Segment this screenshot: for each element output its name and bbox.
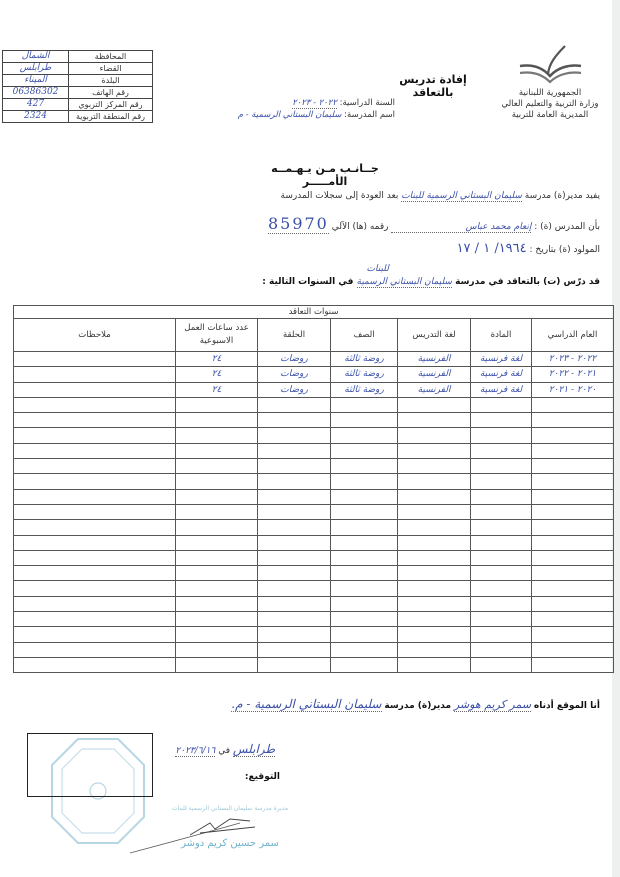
cell-subject (471, 535, 532, 550)
table-row: ٢٠٢٠ - ٢٠٢١لغة فرنسيةالفرنسيةروضة ثالثةر… (14, 382, 614, 397)
table-row (14, 459, 614, 474)
cell-school-year (532, 612, 614, 627)
info-label: المحافظة (69, 51, 153, 63)
cell-school-year (532, 504, 614, 519)
cell-notes (14, 581, 176, 596)
cell-cycle (258, 581, 331, 596)
cell-weekly-hours (176, 520, 258, 535)
cell-teaching-language (398, 550, 471, 565)
info-label: البلدة (69, 75, 153, 87)
location-info-table: الشمال المحافظة طرابلس القضاء الميناء ال… (2, 50, 153, 123)
col-subject: المادة (471, 319, 532, 352)
info-label: رقم الهاتف (69, 87, 153, 99)
organization-header: الجمهورية اللبنانية وزارة التربية والتعل… (496, 88, 604, 121)
cell-teaching-language (398, 520, 471, 535)
cell-subject: لغة فرنسية (471, 352, 532, 367)
cell-notes (14, 459, 176, 474)
table-row (14, 581, 614, 596)
signer-statement: أنا الموقع أدناه سمر كريم هوشر مدير(ة) م… (130, 697, 600, 712)
cell-school-year (532, 642, 614, 657)
cell-class (331, 489, 398, 504)
cell-weekly-hours (176, 443, 258, 458)
table-row (14, 642, 614, 657)
ministry-book-logo-icon (515, 44, 585, 86)
cell-cycle (258, 459, 331, 474)
cell-cycle (258, 520, 331, 535)
cell-weekly-hours (176, 657, 258, 672)
cell-subject (471, 657, 532, 672)
cell-cycle: روضات (258, 367, 331, 382)
line4-suffix: في السنوات التالية : (262, 277, 353, 287)
school-name-value: سليمان البستاني الرسمية - م (238, 110, 342, 120)
cell-teaching-language: الفرنسية (398, 352, 471, 367)
cell-teaching-language (398, 535, 471, 550)
cell-notes (14, 489, 176, 504)
line1-suffix: بعد العودة إلى سجلات المدرسة (281, 191, 399, 201)
cell-notes (14, 382, 176, 397)
cell-class (331, 642, 398, 657)
teacher-name: إنعام محمد عباس (391, 222, 531, 233)
line1-prefix: يفيد مدير(ة) مدرسة (525, 191, 600, 201)
cell-subject (471, 428, 532, 443)
cell-notes (14, 428, 176, 443)
cell-class (331, 474, 398, 489)
cell-cycle (258, 504, 331, 519)
cell-teaching-language: الفرنسية (398, 367, 471, 382)
cell-cycle (258, 474, 331, 489)
cell-subject (471, 474, 532, 489)
cell-notes (14, 443, 176, 458)
stamp-frame (27, 733, 153, 797)
cell-weekly-hours: ٢٤ (176, 382, 258, 397)
info-row-district: طرابلس القضاء (3, 63, 153, 75)
line2-prefix: بأن المدرس (ة) : (534, 222, 600, 232)
statement-line-4: قد درّس (ت) بالتعاقد في مدرسة سليمان الب… (210, 277, 600, 288)
org-ministry: وزارة التربية والتعليم العالي (496, 99, 604, 110)
col-class: الصف (331, 319, 398, 352)
cell-subject (471, 627, 532, 642)
table-row (14, 504, 614, 519)
cell-notes (14, 627, 176, 642)
line2-number-label: رقمه (ها) الآلي (332, 222, 389, 232)
cell-school-year (532, 550, 614, 565)
cell-notes (14, 612, 176, 627)
cell-cycle (258, 428, 331, 443)
teacher-number: 85970 (268, 214, 329, 234)
cell-teaching-language (398, 642, 471, 657)
info-value: الشمال (3, 51, 69, 63)
cell-teaching-language (398, 413, 471, 428)
org-republic: الجمهورية اللبنانية (496, 88, 604, 99)
table-row (14, 397, 614, 412)
cell-teaching-language (398, 627, 471, 642)
cell-weekly-hours (176, 504, 258, 519)
cell-cycle (258, 657, 331, 672)
cell-school-year (532, 657, 614, 672)
cell-school-year (532, 520, 614, 535)
birth-date-label: المولود (ة) بتاريخ : (530, 245, 600, 255)
cell-school-year (532, 596, 614, 611)
cell-school-year (532, 581, 614, 596)
cell-school-year (532, 459, 614, 474)
cell-weekly-hours (176, 550, 258, 565)
cell-subject (471, 504, 532, 519)
cell-notes (14, 566, 176, 581)
cell-notes (14, 397, 176, 412)
cell-school-year (532, 489, 614, 504)
contract-years-table: سنوات التعاقد العام الدراسي المادة لغة ا… (13, 305, 614, 673)
cell-cycle (258, 566, 331, 581)
table-row (14, 474, 614, 489)
cell-notes (14, 642, 176, 657)
cell-teaching-language (398, 612, 471, 627)
cell-notes (14, 474, 176, 489)
school-year-value: ٢٠٢٢ - ٢٠٢٣ (292, 98, 337, 109)
cell-school-year (532, 413, 614, 428)
cell-class (331, 413, 398, 428)
cell-notes (14, 657, 176, 672)
info-row-phone: 06386302 رقم الهاتف (3, 87, 153, 99)
table-row: ٢٠٢١ - ٢٠٢٢لغة فرنسيةالفرنسيةروضة ثالثةر… (14, 367, 614, 382)
line4-school: سليمان البستاني الرسمية للبنات (357, 277, 452, 288)
cell-notes (14, 596, 176, 611)
cell-class (331, 428, 398, 443)
cell-class (331, 504, 398, 519)
cell-cycle (258, 443, 331, 458)
cell-weekly-hours: ٢٤ (176, 352, 258, 367)
cell-weekly-hours (176, 612, 258, 627)
cell-weekly-hours (176, 627, 258, 642)
cell-class: روضة ثالثة (331, 382, 398, 397)
cell-subject (471, 459, 532, 474)
line1-school: سليمان البستاني الرسمية للبنات (401, 191, 522, 202)
info-label: القضاء (69, 63, 153, 75)
table-row: ٢٠٢٢ - ٢٠٢٣لغة فرنسيةالفرنسيةروضة ثالثةر… (14, 352, 614, 367)
cell-subject: لغة فرنسية (471, 367, 532, 382)
cell-school-year (532, 627, 614, 642)
cell-cycle (258, 413, 331, 428)
table-row (14, 443, 614, 458)
info-value: الميناء (3, 75, 69, 87)
col-teaching-language: لغة التدريس (398, 319, 471, 352)
org-directorate: المديرية العامة للتربية (496, 110, 604, 121)
line4-school-note: للبنات (367, 264, 389, 274)
table-row (14, 520, 614, 535)
cell-subject (471, 566, 532, 581)
table-row (14, 612, 614, 627)
cell-notes (14, 367, 176, 382)
cell-class (331, 550, 398, 565)
table-row (14, 596, 614, 611)
table-row (14, 566, 614, 581)
table-row (14, 627, 614, 642)
to-whom-heading: جــانـب مـن يـهـمــه الأمـــــر (250, 162, 400, 188)
info-value: 427 (3, 99, 69, 111)
cell-class: روضة ثالثة (331, 367, 398, 382)
table-row (14, 489, 614, 504)
cell-school-year (532, 474, 614, 489)
signer-school: سليمان البستاني الرسمية - م. (231, 697, 381, 712)
cell-cycle (258, 596, 331, 611)
cell-weekly-hours (176, 474, 258, 489)
cell-weekly-hours (176, 428, 258, 443)
cell-class (331, 397, 398, 412)
cell-teaching-language (398, 581, 471, 596)
cell-cycle (258, 612, 331, 627)
cell-cycle (258, 489, 331, 504)
cell-school-year (532, 428, 614, 443)
signer-prefix: أنا الموقع أدناه (534, 701, 600, 711)
cell-school-year: ٢٠٢٠ - ٢٠٢١ (532, 382, 614, 397)
statement-line-2: بأن المدرس (ة) : إنعام محمد عباس رقمه (ه… (172, 214, 600, 234)
cell-teaching-language (398, 596, 471, 611)
cell-subject: لغة فرنسية (471, 382, 532, 397)
date-prefix: في (218, 746, 230, 756)
cell-class (331, 627, 398, 642)
cell-cycle (258, 642, 331, 657)
info-value: طرابلس (3, 63, 69, 75)
cell-cycle: روضات (258, 352, 331, 367)
info-row-center-number: 427 رقم المركز التربوي (3, 99, 153, 111)
cell-teaching-language: الفرنسية (398, 382, 471, 397)
info-row-governorate: الشمال المحافظة (3, 51, 153, 63)
school-year-label: السنة الدراسية: (340, 98, 395, 108)
cell-class (331, 596, 398, 611)
cell-class (331, 566, 398, 581)
cell-weekly-hours (176, 413, 258, 428)
cell-teaching-language (398, 443, 471, 458)
cell-class (331, 612, 398, 627)
table-row (14, 657, 614, 672)
statement-line-3: المولود (ة) بتاريخ : ١٩٦٤/ ١ / ١٧ (300, 241, 600, 256)
table-group-header-row: سنوات التعاقد (14, 306, 614, 319)
cell-cycle: روضات (258, 382, 331, 397)
col-school-year: العام الدراسي (532, 319, 614, 352)
cell-notes (14, 504, 176, 519)
date-value: ٢٠٢٣/٦/١٦ (175, 746, 215, 757)
table-column-header-row: العام الدراسي المادة لغة التدريس الصف ال… (14, 319, 614, 352)
cell-subject (471, 413, 532, 428)
table-row (14, 535, 614, 550)
cell-notes (14, 535, 176, 550)
cell-notes (14, 352, 176, 367)
cell-subject (471, 550, 532, 565)
cell-weekly-hours (176, 535, 258, 550)
cell-school-year: ٢٠٢١ - ٢٠٢٢ (532, 367, 614, 382)
cell-notes (14, 413, 176, 428)
table-body: ٢٠٢٢ - ٢٠٢٣لغة فرنسيةالفرنسيةروضة ثالثةر… (14, 352, 614, 673)
cell-school-year (532, 535, 614, 550)
statement-line-1: يفيد مدير(ة) مدرسة سليمان البستاني الرسم… (205, 191, 600, 202)
cell-subject (471, 642, 532, 657)
cell-teaching-language (398, 474, 471, 489)
contract-years-header: سنوات التعاقد (14, 306, 614, 319)
cell-weekly-hours (176, 489, 258, 504)
line4-prefix: قد درّس (ت) بالتعاقد في مدرسة (455, 277, 600, 287)
info-row-region-number: 2324 رقم المنطقة التربوية (3, 111, 153, 123)
cell-teaching-language (398, 489, 471, 504)
signer-name: سمر كريم هوشر (454, 698, 531, 712)
school-name-line: اسم المدرسة: سليمان البستاني الرسمية - م (198, 110, 395, 120)
cell-subject (471, 520, 532, 535)
cell-weekly-hours (176, 642, 258, 657)
line4-school-name: سليمان البستاني الرسمية (357, 277, 452, 287)
cell-teaching-language (398, 566, 471, 581)
cell-cycle (258, 397, 331, 412)
info-label: رقم المركز التربوي (69, 99, 153, 111)
cell-subject (471, 612, 532, 627)
cell-subject (471, 443, 532, 458)
cell-subject (471, 596, 532, 611)
cell-class (331, 459, 398, 474)
signature-scribble-icon (130, 815, 270, 855)
cell-class (331, 520, 398, 535)
cell-school-year (532, 566, 614, 581)
cell-weekly-hours (176, 566, 258, 581)
cell-cycle (258, 535, 331, 550)
table-row (14, 413, 614, 428)
cell-weekly-hours (176, 581, 258, 596)
cell-teaching-language (398, 459, 471, 474)
cell-school-year (532, 443, 614, 458)
place-value: طرابلس (233, 742, 275, 757)
cell-class (331, 443, 398, 458)
info-value: 06386302 (3, 87, 69, 99)
cell-weekly-hours: ٢٤ (176, 367, 258, 382)
cell-class (331, 657, 398, 672)
stamp-name-text: سمر حسين كريم دوشر (170, 838, 290, 849)
signer-role: مدير(ة) مدرسة (384, 701, 451, 711)
cell-class (331, 535, 398, 550)
signature-label: التوقيع: (240, 772, 280, 782)
cell-teaching-language (398, 657, 471, 672)
cell-class: روضة ثالثة (331, 352, 398, 367)
school-year-line: السنة الدراسية: ٢٠٢٢ - ٢٠٢٣ (225, 98, 395, 109)
table-row (14, 428, 614, 443)
birth-date-value: ١٩٦٤/ ١ / ١٧ (457, 241, 527, 256)
stamp-school-text: مديرة مدرسة سليمان البستاني الرسمية للبن… (165, 805, 295, 812)
cell-teaching-language (398, 428, 471, 443)
info-value: 2324 (3, 111, 69, 123)
cell-weekly-hours (176, 596, 258, 611)
cell-teaching-language (398, 504, 471, 519)
cell-cycle (258, 550, 331, 565)
cell-subject (471, 397, 532, 412)
cell-teaching-language (398, 397, 471, 412)
cell-cycle (258, 627, 331, 642)
cell-weekly-hours (176, 459, 258, 474)
cell-school-year (532, 397, 614, 412)
col-cycle: الحلقة (258, 319, 331, 352)
col-weekly-hours: عدد ساعات العمل الاسبوعية (176, 319, 258, 352)
cell-subject (471, 581, 532, 596)
cell-notes (14, 520, 176, 535)
cell-weekly-hours (176, 397, 258, 412)
cell-notes (14, 550, 176, 565)
col-notes: ملاحظات (14, 319, 176, 352)
school-name-label: اسم المدرسة: (344, 110, 395, 120)
info-row-town: الميناء البلدة (3, 75, 153, 87)
cell-subject (471, 489, 532, 504)
table-row (14, 550, 614, 565)
document-title: إفادة تدريس بالتعاقد (380, 73, 486, 99)
cell-school-year: ٢٠٢٢ - ٢٠٢٣ (532, 352, 614, 367)
info-label: رقم المنطقة التربوية (69, 111, 153, 123)
place-date-line: طرابلس في ٢٠٢٣/٦/١٦ (155, 742, 275, 757)
cell-class (331, 581, 398, 596)
